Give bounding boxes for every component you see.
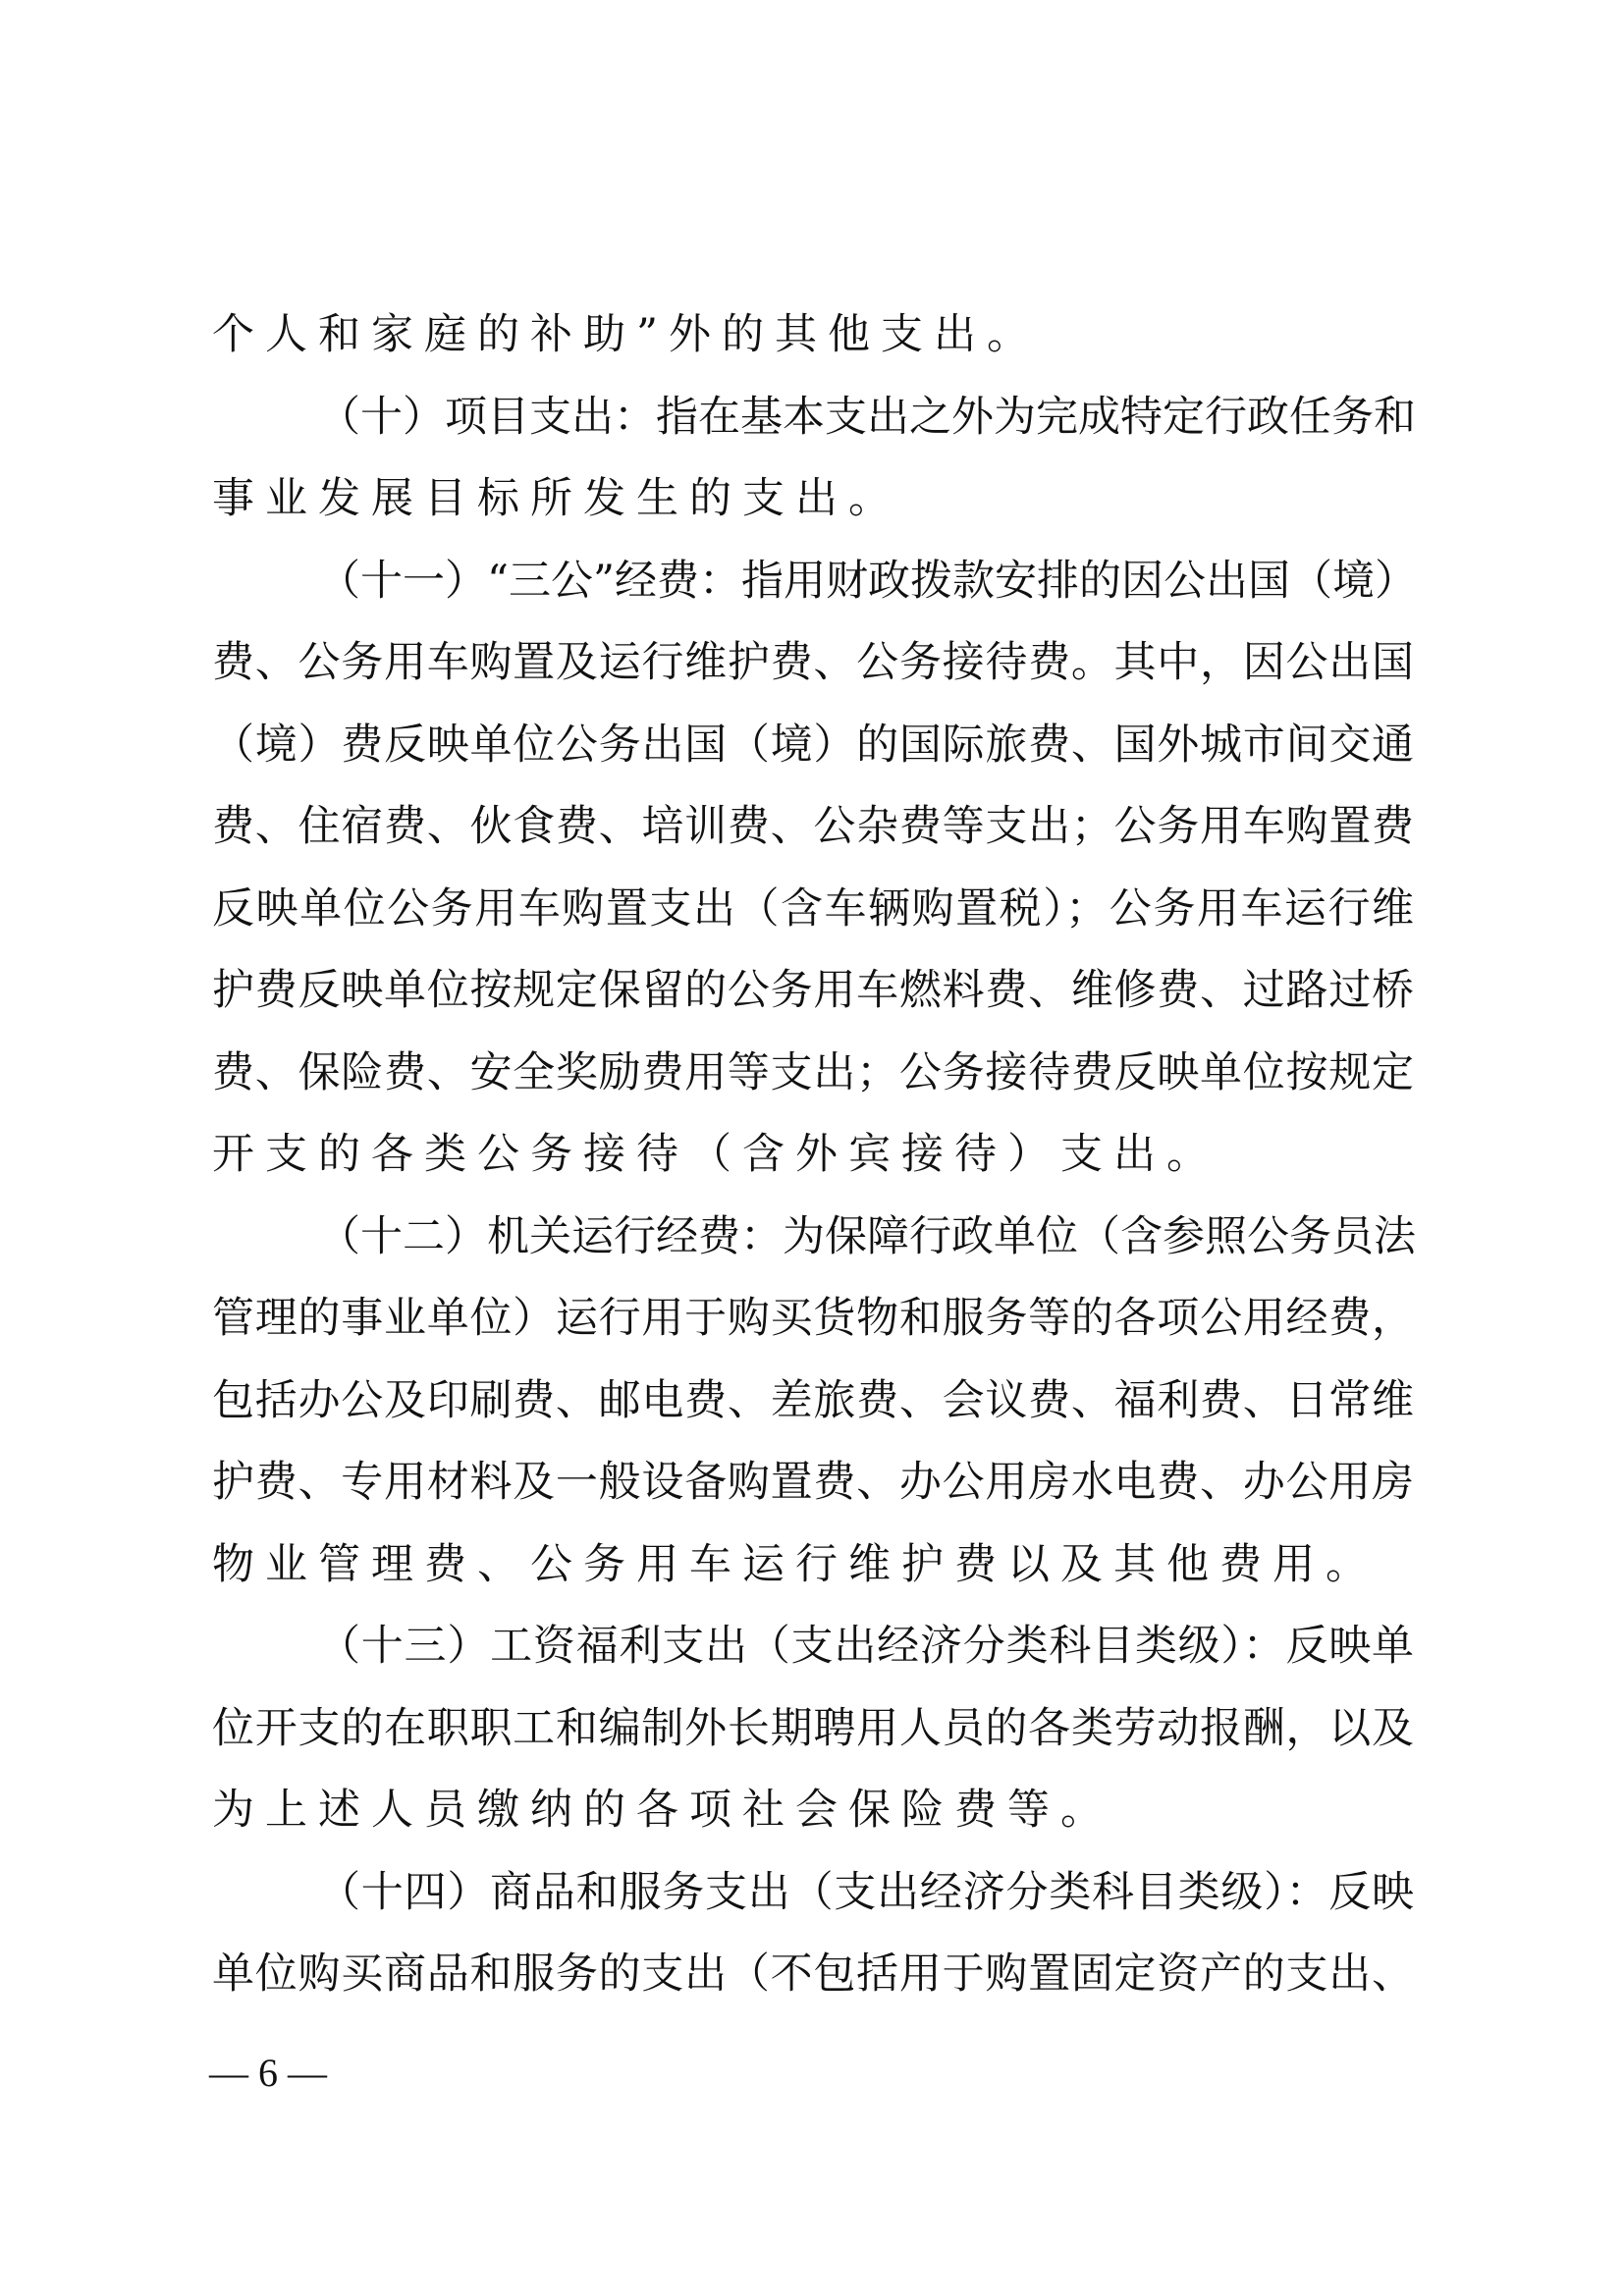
page-number: — 6 — — [209, 2054, 327, 2093]
text-line: 护费反映单位按规定保留的公务用车燃料费、维修费、过路过桥 — [212, 961, 1414, 1020]
text-line: （十）项目支出：指在基本支出之外为完成特定行政任务和 — [318, 388, 1414, 447]
text-line: 开支的各类公务接待（含外宾接待）支出。 — [212, 1125, 1414, 1184]
text-line: 为上述人员缴纳的各项社会保险费等。 — [212, 1781, 1414, 1840]
text-line: 单位购买商品和服务的支出（不包括用于购置固定资产的支出、 — [212, 1945, 1414, 2003]
text-line: 反映单位公务用车购置支出（含车辆购置税）；公务用车运行维 — [212, 880, 1414, 938]
text-line: 费、公务用车购置及运行维护费、公务接待费。其中，因公出国 — [212, 633, 1414, 692]
text-line: 事业发展目标所发生的支出。 — [212, 469, 1414, 528]
text-line: 护费、专用材料及一般设备购置费、办公用房水电费、办公用房 — [212, 1453, 1414, 1512]
text-line: 包括办公及印刷费、邮电费、差旅费、会议费、福利费、日常维 — [212, 1371, 1414, 1430]
text-line: 管理的事业单位）运行用于购买货物和服务等的各项公用经费， — [212, 1289, 1414, 1348]
document-page: 个人和家庭的补助”外的其他支出。 （十）项目支出：指在基本支出之外为完成特定行政… — [0, 0, 1624, 2296]
text-line: 位开支的在职职工和编制外长期聘用人员的各类劳动报酬，以及 — [212, 1699, 1414, 1758]
text-line: （十三）工资福利支出（支出经济分类科目类级）：反映单 — [318, 1617, 1414, 1676]
text-line: 费、保险费、安全奖励费用等支出；公务接待费反映单位按规定 — [212, 1043, 1414, 1102]
text-line: （境）费反映单位公务出国（境）的国际旅费、国外城市间交通 — [212, 716, 1414, 774]
text-line: 费、住宿费、伙食费、培训费、公杂费等支出；公务用车购置费 — [212, 797, 1414, 856]
text-line: 个人和家庭的补助”外的其他支出。 — [212, 305, 1414, 364]
text-line: （十四）商品和服务支出（支出经济分类科目类级）：反映 — [318, 1863, 1414, 1922]
text-line: （十二）机关运行经费：为保障行政单位（含参照公务员法 — [318, 1207, 1414, 1266]
text-line: （十一）“三公”经费：指用财政拨款安排的因公出国（境） — [318, 552, 1414, 611]
text-line: 物业管理费、公务用车运行维护费以及其他费用。 — [212, 1535, 1414, 1594]
